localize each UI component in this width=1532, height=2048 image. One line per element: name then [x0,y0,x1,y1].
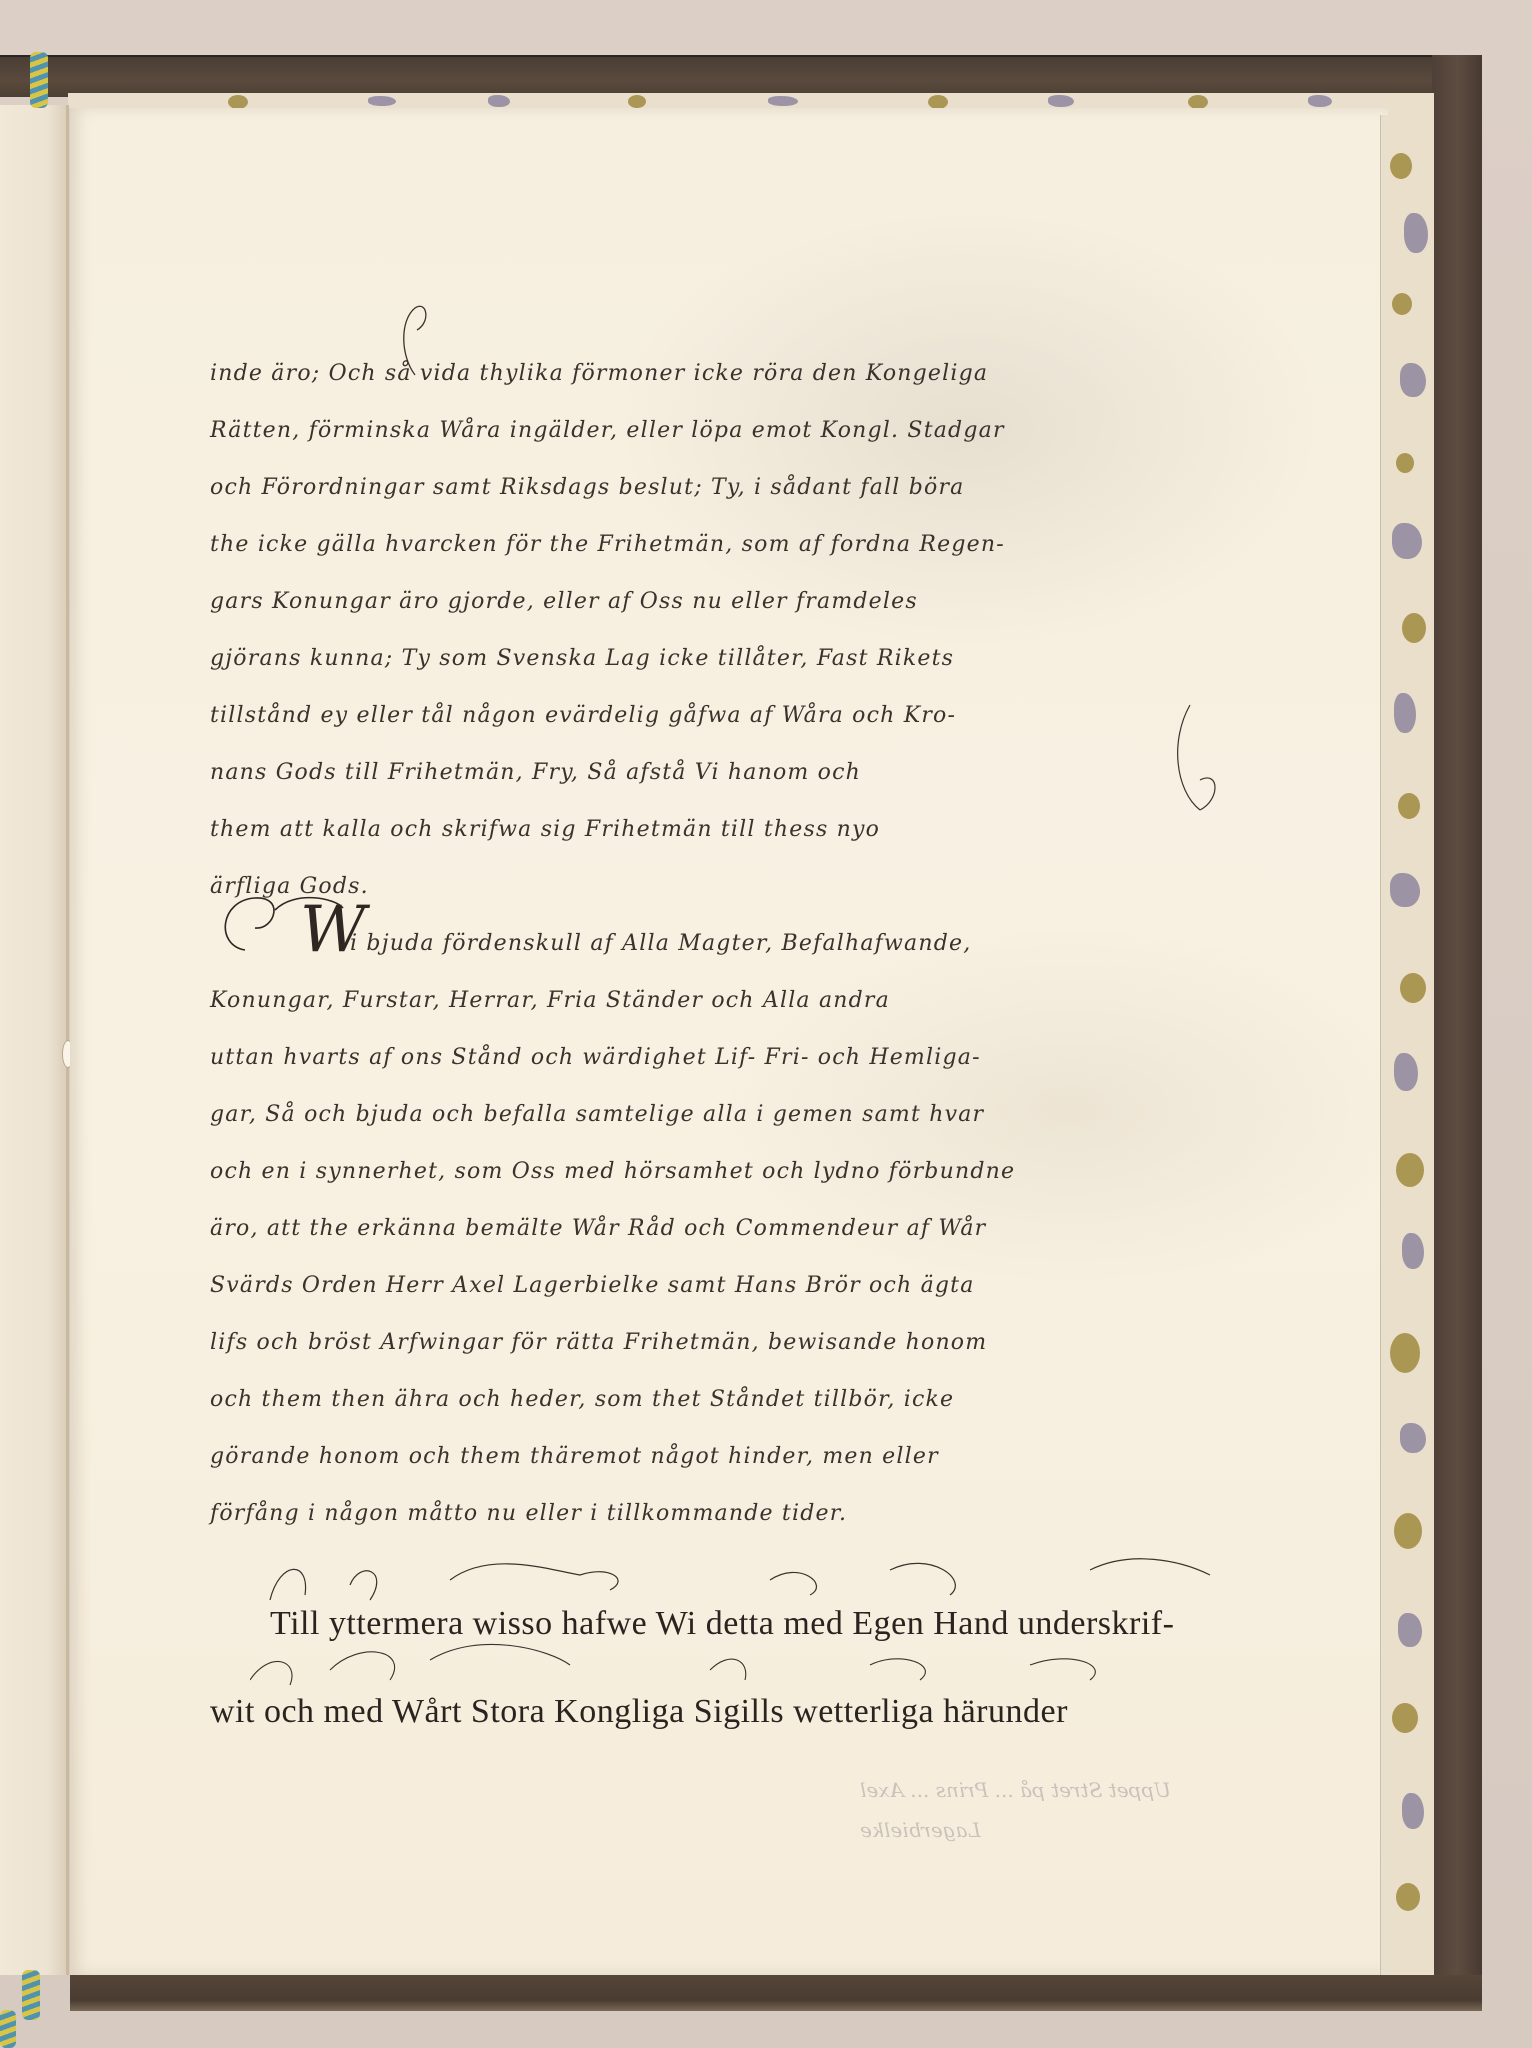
headband-cord-tail [0,2010,16,2048]
text-line: lifs och bröst Arfwingar för rätta Frihe… [210,1314,1230,1371]
text-line: äro, att the erkänna bemälte Wår Råd och… [210,1200,1230,1257]
text-line: Rätten, förminska Wåra ingälder, eller l… [210,402,1230,459]
facing-page-edge [0,105,68,1975]
closing-line: Till yttermera wisso hafwe Wi detta med … [210,1580,1250,1668]
text-line: gars Konungar äro gjorde, eller af Oss n… [210,573,1230,630]
text-line: Svärds Orden Herr Axel Lagerbielke samt … [210,1257,1230,1314]
text-line: nans Gods till Frihetmän, Fry, Så afstå … [210,744,1230,801]
text-line: gar, Så och bjuda och befalla samtelige … [210,1086,1230,1143]
text-line: them att kalla och skrifwa sig Frihetmän… [210,801,1230,858]
text-line: Konungar, Furstar, Herrar, Fria Ständer … [210,972,1230,1029]
drop-cap: W [300,898,366,962]
text-line: och them then ähra och heder, som thet S… [210,1371,1230,1428]
marbled-border-right [1386,93,1434,1975]
leather-binding-right [1432,55,1482,2000]
text-line: förfång i någon måtto nu eller i tillkom… [210,1485,1230,1542]
bleed-through-text: Uppet Stret på ... Prins ... Axel Lagerb… [860,1770,1240,1850]
leather-binding-top [0,55,1480,97]
text-line: inde äro; Och så vida thylika förmoner i… [210,345,1230,402]
closing-formula: Till yttermera wisso hafwe Wi detta med … [210,1580,1250,1756]
page-fore-edge [1380,115,1389,1975]
headband-cord-bottom [22,1970,40,2020]
marbled-border-top [68,93,1434,108]
text-line: tillstånd ey eller tål någon evärdelig g… [210,687,1230,744]
text-line: och en i synnerhet, som Oss med hörsamhe… [210,1143,1230,1200]
leather-binding-bottom [70,1975,1482,2011]
text-line: uttan hvarts af ons Stånd och wärdighet … [210,1029,1230,1086]
text-line: görande honom och them thäremot något hi… [210,1428,1230,1485]
text-line: och Förordningar samt Riksdags beslut; T… [210,459,1230,516]
text-line: gjörans kunna; Ty som Svenska Lag icke t… [210,630,1230,687]
text-line: the icke gälla hvarcken för the Frihetmä… [210,516,1230,573]
headband-cord-top [30,52,48,108]
closing-line: wit och med Wårt Stora Kongliga Sigills … [210,1668,1250,1756]
